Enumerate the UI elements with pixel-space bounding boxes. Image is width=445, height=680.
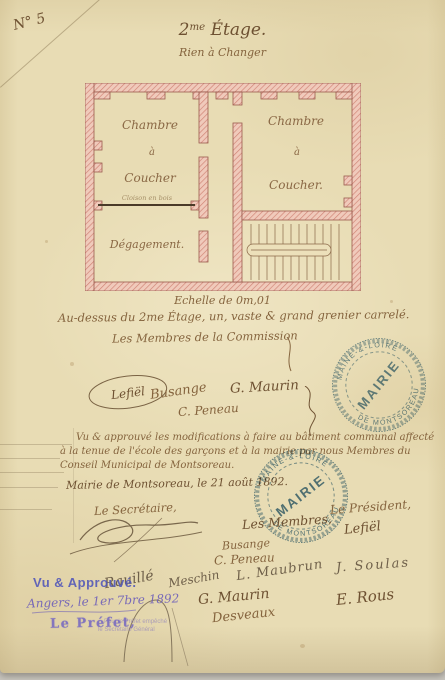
commission-sig-lefiel: Lefiël bbox=[109, 384, 146, 402]
foxing-spot bbox=[300, 644, 305, 648]
margin-rule-line bbox=[0, 509, 52, 510]
foxing-spot bbox=[390, 300, 393, 303]
room-right-label-2: à bbox=[294, 147, 300, 158]
extra-sig-rous: E. Rous bbox=[335, 585, 395, 609]
margin-crease-line bbox=[73, 428, 74, 543]
member-sig-desveaux: Desveaux bbox=[211, 605, 276, 627]
prefect-stamp-note-2: le Secrétaire Général bbox=[98, 627, 155, 634]
attic-note: Au-dessus du 2me Étage, un, vaste & gran… bbox=[58, 307, 410, 325]
margin-rule-line bbox=[0, 472, 64, 473]
vu-approuve-stamp: Vu & Approuvé. bbox=[33, 575, 137, 590]
commission-sig-peneau: C. Peneau bbox=[178, 401, 240, 419]
room-left-label-2: à bbox=[149, 147, 155, 158]
extra-sig-soulas: J. Soulas bbox=[336, 555, 411, 575]
margin-rule-line bbox=[0, 444, 72, 445]
title-superscript: me bbox=[189, 22, 205, 33]
room-right-label-3: Coucher. bbox=[269, 178, 323, 192]
approval-line-3: Conseil Municipal de Montsoreau. bbox=[60, 460, 234, 471]
fold-crease-line bbox=[0, 0, 100, 88]
foxing-spot bbox=[70, 362, 74, 366]
approval-line-2: à la tenue de l'école des garçons et à l… bbox=[60, 446, 411, 457]
title-text: Étage. bbox=[205, 20, 266, 40]
stamp-center-text: MAIRIE bbox=[354, 357, 403, 412]
prefect-stamp-note-1: Pour le Préfet empêché bbox=[104, 619, 167, 626]
foxing-spot bbox=[45, 240, 48, 243]
partition-label: Cloison en bois bbox=[122, 194, 173, 202]
title-number: 2 bbox=[179, 20, 190, 40]
commission-sig-maurin: G. Maurin bbox=[230, 377, 300, 397]
commission-heading: Les Membres de la Commission bbox=[112, 328, 298, 345]
room-right-label-1: Chambre bbox=[268, 114, 324, 128]
president-signature: Lefiël bbox=[343, 519, 381, 538]
page-subtitle: Rien à Changer bbox=[0, 46, 445, 59]
room-left-label-3: Coucher bbox=[124, 171, 177, 185]
approval-line-1: Vu & approuvé les modifications à faire … bbox=[76, 432, 434, 443]
commission-flourish bbox=[283, 337, 299, 373]
room-left-label-1: Chambre bbox=[122, 118, 178, 132]
scale-label: Echelle de 0m,01 bbox=[0, 294, 445, 307]
plan-labels: Chambre à Coucher Chambre à Coucher. Clo… bbox=[109, 114, 324, 251]
maurin-paraph bbox=[299, 386, 321, 438]
staircase bbox=[247, 224, 339, 280]
hall-label: Dégagement. bbox=[109, 238, 184, 251]
secretary-signature-scrawl bbox=[66, 512, 208, 564]
floor-plan: Chambre à Coucher Chambre à Coucher. Clo… bbox=[85, 83, 361, 291]
page-title: 2me Étage. bbox=[0, 20, 445, 40]
margin-rule-line bbox=[0, 458, 60, 459]
member-sig-meschin: Meschin bbox=[167, 568, 220, 591]
archival-plan-document: N° 5 2me Étage. Rien à Changer bbox=[0, 0, 445, 673]
member-sig-maurin: G. Maurin bbox=[197, 586, 270, 608]
margin-rule-line bbox=[0, 487, 58, 488]
